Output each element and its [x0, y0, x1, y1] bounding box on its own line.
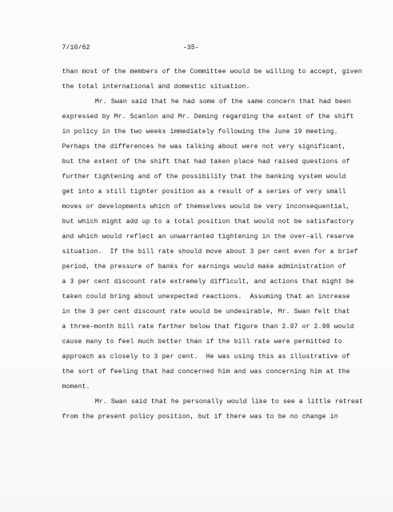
text-line: taken could bring about unexpected react…: [62, 289, 357, 304]
document-page: 7/10/62 -35- than most of the members of…: [0, 0, 393, 512]
header-date: 7/10/62: [62, 44, 90, 51]
text-line: the sort of feeling that had concerned h…: [62, 364, 357, 379]
page-header: 7/10/62 -35-: [62, 44, 357, 59]
text-line: Perhaps the differences he was talking a…: [62, 139, 357, 154]
text-line: further tightening and of the possibilit…: [62, 169, 357, 184]
text-line: Mr. Swan said that he had some of the sa…: [62, 94, 357, 109]
text-line: than most of the members of the Committe…: [62, 64, 357, 79]
text-line: and which would reflect an unwarranted t…: [62, 229, 357, 244]
text-line: a three-month bill rate farther below th…: [62, 319, 357, 334]
text-line: a 3 per cent discount rate extremely dif…: [62, 274, 357, 289]
header-page-number: -35-: [183, 44, 199, 51]
text-line: moves or developments which of themselve…: [62, 199, 357, 214]
text-line: expressed by Mr. Scanlon and Mr. Deming …: [62, 109, 357, 124]
text-line: but the extent of the shift that had tak…: [62, 154, 357, 169]
text-line: Mr. Swan said that he personally would l…: [62, 394, 357, 409]
text-line: in policy in the two weeks immediately f…: [62, 124, 357, 139]
text-line: moment.: [62, 379, 357, 394]
text-line: approach as closely to 3 per cent. He wa…: [62, 349, 357, 364]
text-line: period, the pressure of banks for earnin…: [62, 259, 357, 274]
text-line: from the present policy position, but if…: [62, 409, 357, 424]
text-line: in the 3 per cent discount rate would be…: [62, 304, 357, 319]
text-line: cause many to feel much better than if t…: [62, 334, 357, 349]
text-line: but which might add up to a total positi…: [62, 214, 357, 229]
text-line: situation. If the bill rate should move …: [62, 244, 357, 259]
text-line: get into a still tighter position as a r…: [62, 184, 357, 199]
text-line: the total international and domestic sit…: [62, 79, 357, 94]
document-body: than most of the members of the Committe…: [62, 64, 357, 424]
